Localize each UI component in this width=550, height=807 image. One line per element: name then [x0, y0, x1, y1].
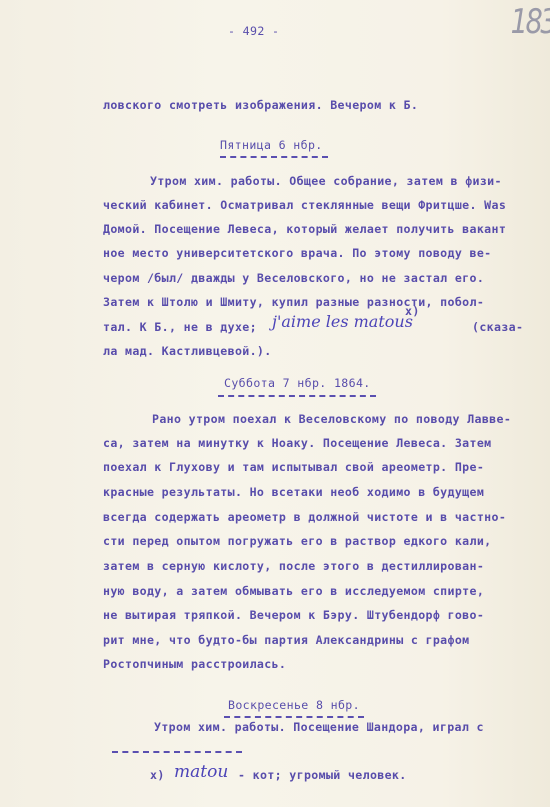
- heading-underline: [220, 156, 328, 158]
- handwritten-annotation: j'aime les matous: [272, 312, 413, 331]
- text-line: ное место университетского врача. По это…: [103, 246, 492, 260]
- text-line: Рано утром поехал к Веселовскому по пово…: [152, 412, 511, 426]
- text-line: рит мне, что будто-бы партия Александрин…: [103, 633, 470, 647]
- text-line: поехал к Глухову и там испытывал свой ар…: [103, 460, 484, 474]
- text-line: всегда содержать ареометр в должной чист…: [103, 510, 506, 524]
- text-line: ную воду, а затем обмывать его в исследу…: [103, 584, 484, 598]
- text-line: Затем к Штолю и Шмиту, купил разные разн…: [103, 295, 484, 309]
- text-line: красные результаты. Но всетаки необ ходи…: [103, 485, 484, 499]
- footnote-handwritten-word: matou: [174, 762, 228, 782]
- text-line: ческий кабинет. Осматривал стеклянные ве…: [103, 198, 506, 212]
- text-line: чером /был/ дважды у Веселовского, но не…: [103, 271, 484, 285]
- footnote-text: - кот; угромый человек.: [238, 768, 407, 782]
- text-line: не вытирая тряпкой. Вечером к Бэру. Штуб…: [103, 608, 484, 622]
- text-line: затем в серную кислоту, после этого в де…: [103, 559, 484, 573]
- footnote-mark: x): [150, 768, 165, 782]
- footnote-separator: [112, 751, 242, 753]
- document-page: - 492 - 183 ловского смотреть изображени…: [0, 0, 550, 807]
- text-line: тал. К Б., не в духе;: [103, 320, 257, 334]
- entry-heading-friday: Пятница 6 нбр.: [220, 138, 323, 152]
- text-line: Утром хим. работы. Общее собрание, затем…: [150, 174, 502, 188]
- text-line: (сказа-: [472, 320, 523, 334]
- entry-heading-sunday: Воскресенье 8 нбр.: [228, 698, 360, 712]
- heading-underline: [224, 716, 364, 718]
- heading-underline: [218, 395, 376, 397]
- text-line: са, затем на минутку к Ноаку. Посещение …: [103, 436, 492, 450]
- text-line: Утром хим. работы. Посещение Шандора, иг…: [154, 720, 484, 734]
- footnote-mark: x): [405, 304, 420, 318]
- text-line: Домой. Посещение Левеса, который желает …: [103, 222, 506, 236]
- text-line: сти перед опытом погружать его в раствор…: [103, 534, 492, 548]
- page-number: - 492 -: [228, 24, 279, 38]
- text-line: ла мад. Кастливцевой.).: [103, 344, 272, 358]
- folio-number: 183: [511, 2, 550, 42]
- entry-heading-saturday: Суббота 7 нбр. 1864.: [224, 376, 371, 390]
- text-line: Ростопчиным расстроилась.: [103, 657, 286, 671]
- opening-line: ловского смотреть изображения. Вечером к…: [103, 98, 418, 112]
